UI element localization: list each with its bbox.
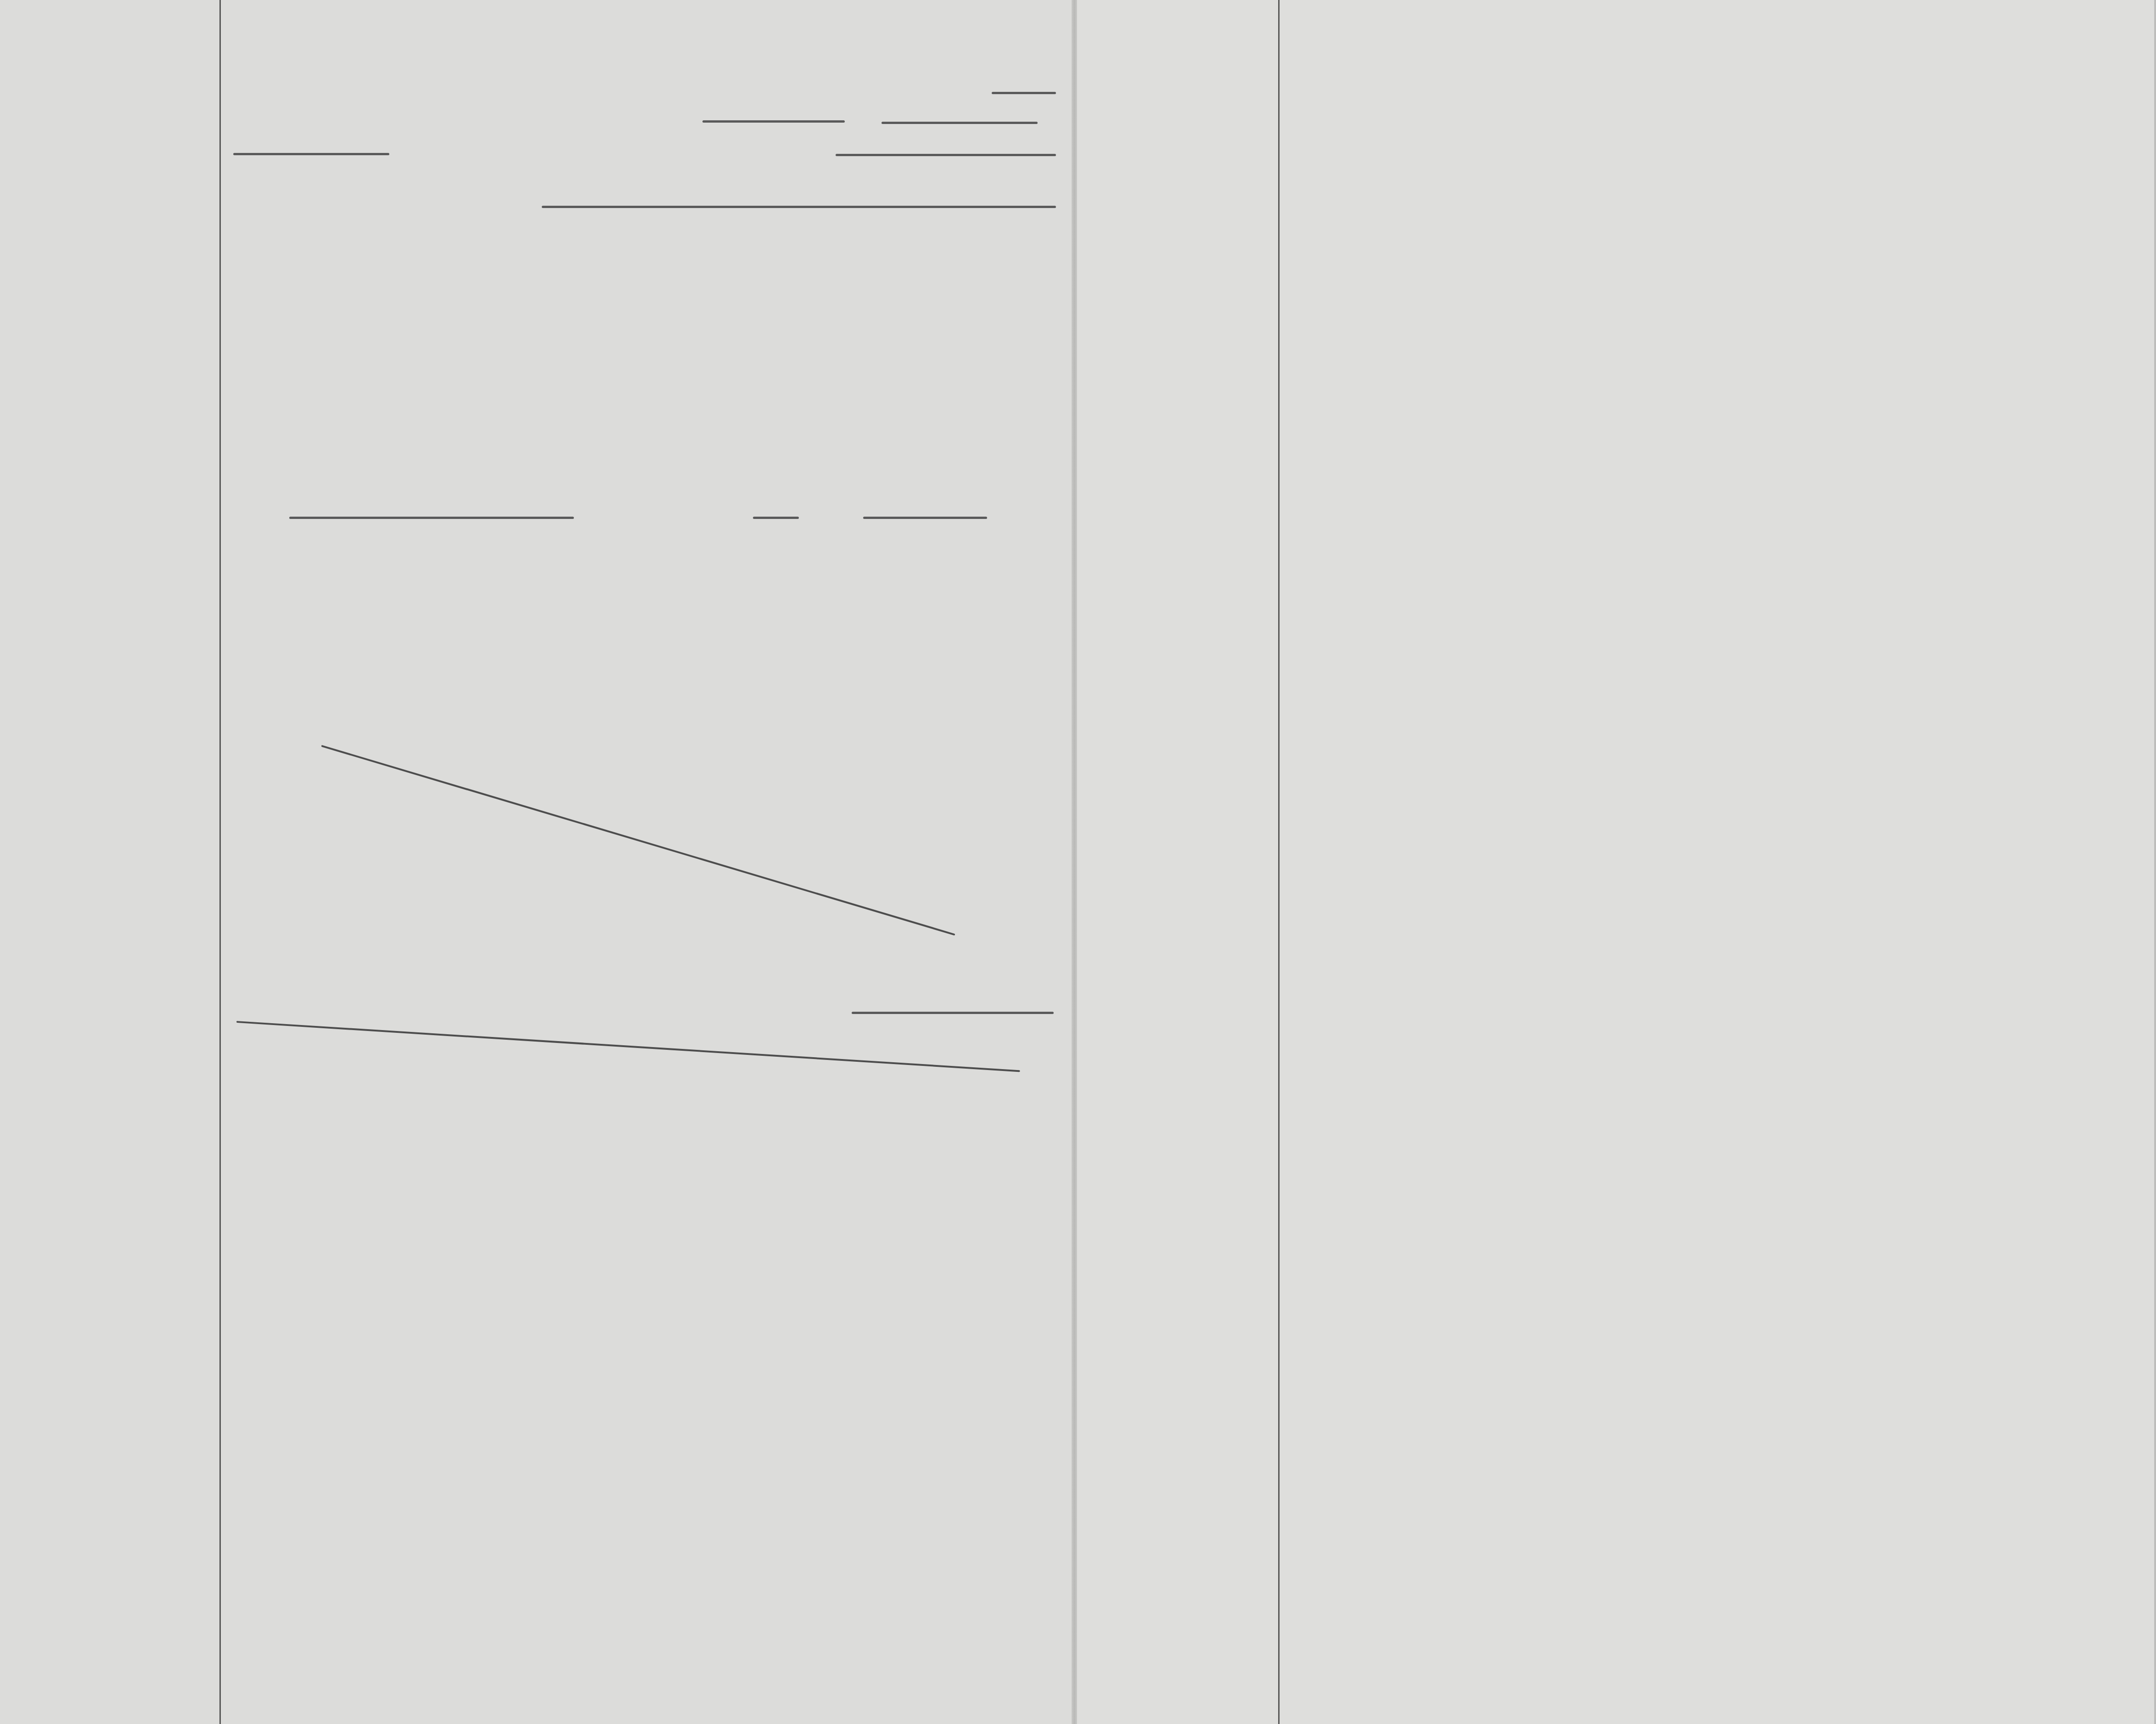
fill-line — [881, 122, 1038, 124]
fill-line — [289, 517, 574, 519]
right-margin-rule — [1278, 0, 1280, 1724]
fill-line — [753, 517, 799, 519]
left-page — [0, 0, 1073, 1724]
fill-line — [542, 206, 1056, 208]
fill-line — [992, 92, 1056, 94]
fill-line — [836, 154, 1056, 156]
fill-line — [702, 120, 845, 123]
fill-line — [852, 1012, 1054, 1014]
fill-line — [863, 517, 987, 519]
record-number — [90, 202, 112, 236]
fill-line — [233, 153, 389, 155]
left-margin-rule — [219, 0, 221, 1724]
page-edge — [2154, 0, 2156, 1724]
right-page — [1077, 0, 2156, 1724]
